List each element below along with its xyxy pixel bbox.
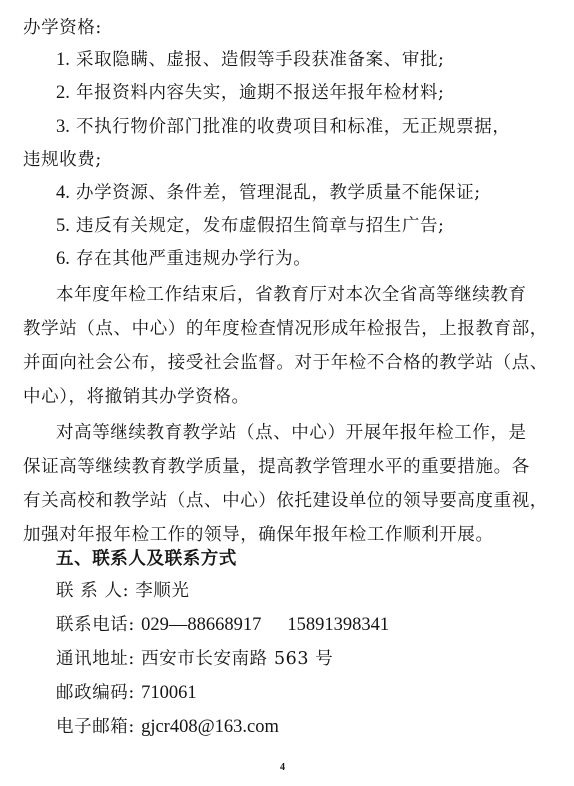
contact-address-row: 通讯地址: 西安市长安南路 563 号 [56,648,333,670]
contact-email-value: gjcr408@163.com [141,717,279,737]
page-number: 4 [280,762,285,773]
item-number: 2. [56,83,70,103]
paragraph2-line3: 有关高校和教学站（点、中心）依托建设单位的领导要高度重视， [23,490,548,512]
violation-item-3: 3. 不执行物价部门批准的收费项目和标准，无正规票据， [56,116,510,138]
contact-phone-value: 029—88668917 [141,615,261,635]
item-text: 违反有关规定，发布虚假招生简章与招生广告; [76,216,445,236]
contact-mobile-value: 15891398341 [287,615,389,635]
item-number: 1. [56,50,70,70]
item-text: 存在其他严重违规办学行为。 [76,249,311,269]
contact-postcode-row: 邮政编码: 710061 [56,682,197,704]
violation-item-3-continuation: 违规收费; [23,149,102,171]
violation-item-5: 5. 违反有关规定，发布虚假招生简章与招生广告; [56,215,445,237]
item-text: 不执行物价部门批准的收费项目和标准，无正规票据， [76,117,510,137]
item-number: 3. [56,117,70,137]
paragraph2-line2: 保证高等继续教育教学质量，提高教学管理水平的重要措施。各 [23,456,530,478]
contact-person-value: 李顺光 [135,581,189,601]
contact-postcode-label: 邮政编码: [56,683,135,703]
contact-address-value: 西安市长安南路 563 号 [141,649,333,669]
item-text: 办学资源、条件差，管理混乱，教学质量不能保证; [76,183,481,203]
violation-item-4: 4. 办学资源、条件差，管理混乱，教学质量不能保证; [56,182,481,204]
violation-item-2: 2. 年报资料内容失实，逾期不报送年报年检材料; [56,82,445,104]
contact-email-label: 电子邮箱: [56,717,135,737]
violation-item-1: 1. 采取隐瞒、虚报、造假等手段获准备案、审批; [56,49,445,71]
paragraph1-line2: 教学站（点、中心）的年度检查情况形成年检报告，上报教育部， [23,318,548,340]
item-number: 4. [56,183,70,203]
contact-phone-row: 联系电话: 029—8866891715891398341 [56,614,389,636]
intro-line: 办学资格: [23,17,102,39]
item-number: 5. [56,216,70,236]
paragraph1-line4: 中心），将撤销其办学资格。 [23,386,250,408]
contact-email-row: 电子邮箱: gjcr408@163.com [56,716,279,738]
contact-person-row: 联 系 人: 李顺光 [56,580,190,602]
violation-item-6: 6. 存在其他严重违规办学行为。 [56,248,311,270]
item-number: 6. [56,249,70,269]
contact-postcode-value: 710061 [141,683,197,703]
paragraph1-line3: 并面向社会公布，接受社会监督。对于年检不合格的教学站（点、 [23,352,548,374]
section-heading: 五、联系人及联系方式 [56,548,237,570]
paragraph1-line1: 本年度年检工作结束后，省教育厅对本次全省高等继续教育 [56,284,527,306]
paragraph2-line4: 加强对年报年检工作的领导，确保年报年检工作顺利开展。 [23,524,494,546]
item-text: 采取隐瞒、虚报、造假等手段获准备案、审批; [76,50,445,70]
item-text: 年报资料内容失实，逾期不报送年报年检材料; [76,83,445,103]
contact-person-label: 联 系 人: [56,581,129,601]
contact-phone-label: 联系电话: [56,615,135,635]
contact-address-label: 通讯地址: [56,649,135,669]
paragraph2-line1: 对高等继续教育教学站（点、中心）开展年报年检工作，是 [56,422,527,444]
